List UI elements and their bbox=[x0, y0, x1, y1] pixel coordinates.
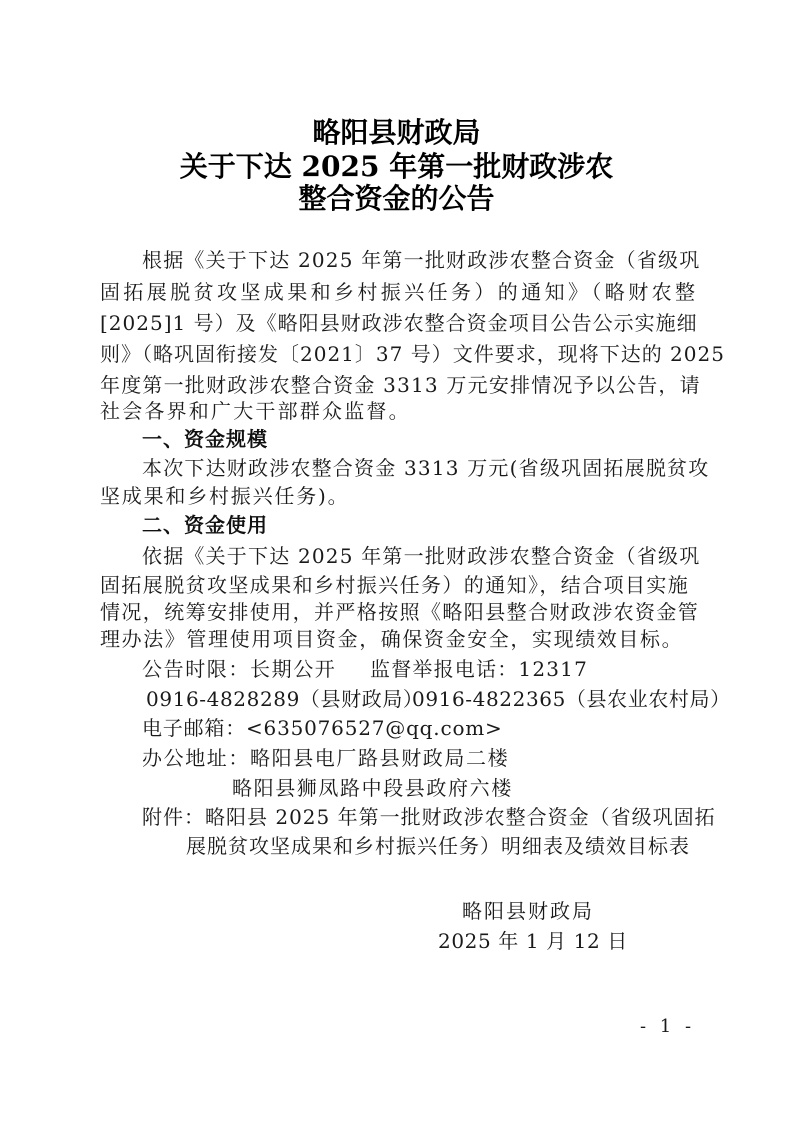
intro-line: [2025]1 号）及《略阳县财政涉农整合资金项目公告公示实施细 bbox=[100, 311, 698, 335]
attachment-line-2: 展脱贫攻坚成果和乡村振兴任务）明细表及绩效目标表 bbox=[186, 834, 690, 858]
section2-line: 情况，统筹安排使用，并严格按照《略阳县整合财政涉农资金管 bbox=[100, 600, 699, 624]
intro-line: 社会各界和广大干部群众监督。 bbox=[100, 399, 411, 423]
phone-agriculture-bureau: 0916-4822365（县农业农村局） bbox=[412, 687, 731, 711]
section2-line: 依据《关于下达 2025 年第一批财政涉农整合资金（省级巩 bbox=[142, 544, 700, 568]
intro-line: 则》（略巩固衔接发〔2021〕37 号）文件要求，现将下达的 2025 bbox=[100, 342, 725, 366]
doc-title-line-3: 整合资金的公告 bbox=[0, 184, 793, 214]
signature-org: 略阳县财政局 bbox=[462, 899, 594, 923]
office-address-2: 略阳县狮凤路中段县政府六楼 bbox=[232, 776, 513, 800]
intro-line: 固拓展脱贫攻坚成果和乡村振兴任务）的通知》（略财农整 bbox=[100, 280, 698, 304]
intro-line: 年度第一批财政涉农整合资金 3313 万元安排情况予以公告，请 bbox=[100, 373, 701, 397]
attachment-line-1: 附件：略阳县 2025 年第一批财政涉农整合资金（省级巩固拓 bbox=[142, 805, 716, 829]
doc-title-line-1: 略阳县财政局 bbox=[0, 118, 793, 148]
intro-line: 根据《关于下达 2025 年第一批财政涉农整合资金（省级巩 bbox=[142, 248, 700, 272]
section2-line: 固拓展脱贫攻坚成果和乡村振兴任务）的通知》，结合项目实施 bbox=[100, 573, 689, 597]
announcement-period: 公告时限：长期公开 bbox=[142, 657, 336, 681]
section-heading-fund-use: 二、资金使用 bbox=[142, 513, 268, 537]
contact-email: 电子邮箱：<635076527@qq.com> bbox=[142, 716, 503, 740]
section1-line: 本次下达财政涉农整合资金 3313 万元(省级巩固拓展脱贫攻 bbox=[142, 456, 709, 480]
document-page: 略阳县财政局 关于下达 2025 年第一批财政涉农 整合资金的公告 根据《关于下… bbox=[0, 0, 793, 1122]
page-number: - 1 - bbox=[640, 1016, 695, 1038]
section-heading-fund-scale: 一、资金规模 bbox=[142, 427, 268, 451]
section2-line: 理办法》管理使用项目资金，确保资金安全，实现绩效目标。 bbox=[100, 627, 683, 651]
doc-title-line-2: 关于下达 2025 年第一批财政涉农 bbox=[0, 152, 793, 182]
signature-date: 2025 年 1 月 12 日 bbox=[438, 929, 628, 953]
supervision-hotline: 监督举报电话：12317 bbox=[370, 657, 588, 681]
phone-finance-bureau: 0916-4828289（县财政局） bbox=[146, 687, 424, 711]
office-address-1: 办公地址：略阳县电厂路县财政局二楼 bbox=[142, 746, 509, 770]
section1-line: 坚成果和乡村振兴任务)。 bbox=[100, 484, 349, 508]
